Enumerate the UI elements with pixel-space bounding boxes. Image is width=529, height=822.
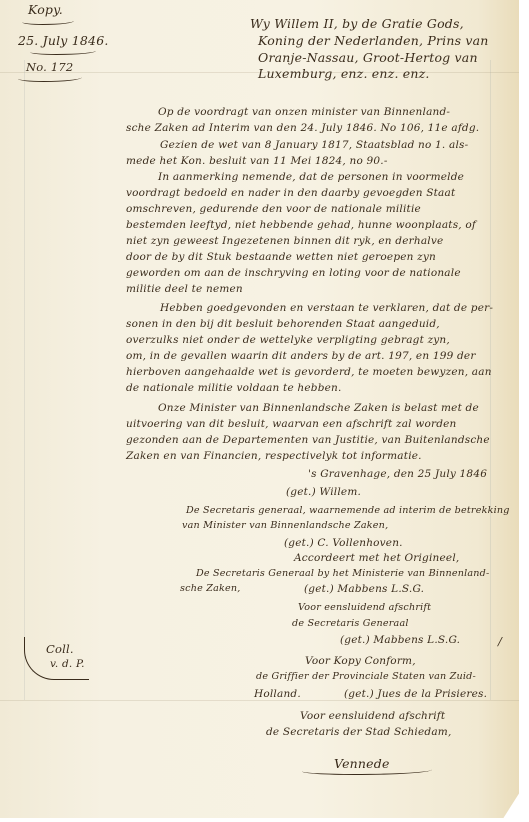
margin-number: No. 172 (26, 60, 73, 74)
flourish (18, 74, 82, 82)
vollenhoven-signature: (get.) C. Vollenhoven. (284, 537, 403, 549)
margin-copy-label: Kopy. (28, 2, 63, 17)
griffier-signature: (get.) Jues de la Prisieres. (344, 688, 487, 700)
margin-note-line-1: Coll. (46, 642, 74, 656)
king-signature: (get.) Willem. (286, 486, 361, 498)
place-date: 's Gravenhage, den 25 July 1846 (308, 468, 487, 480)
ruled-margin-line (490, 60, 491, 700)
mabbens-signature-2: (get.) Mabbens L.S.G. (340, 634, 460, 646)
signature-underline (302, 766, 432, 775)
paper-fold (0, 700, 519, 701)
ruled-margin-line (24, 60, 25, 700)
document-page: Kopy. 25. July 1846. No. 172 Wy Willem I… (0, 0, 519, 818)
mabbens-signature: (get.) Mabbens L.S.G. (304, 583, 424, 595)
flourish (22, 18, 74, 25)
right-margin-mark: / (498, 634, 502, 648)
flourish (30, 48, 96, 55)
margin-note-line-2: v. d. P. (50, 658, 85, 670)
margin-date: 25. July 1846. (18, 33, 109, 48)
